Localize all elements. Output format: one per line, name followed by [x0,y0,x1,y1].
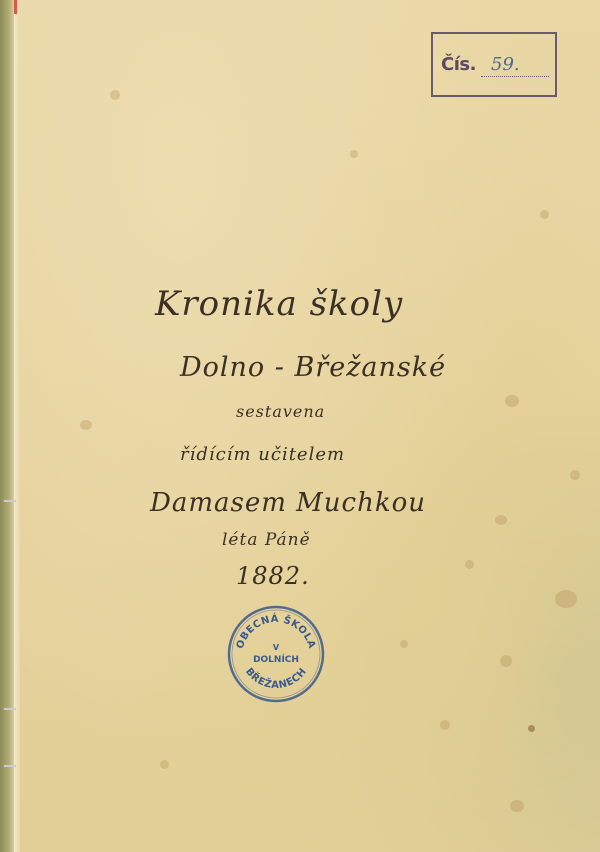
foxing-spot [510,800,524,812]
binding-stitch [4,708,16,710]
foxing-spot [350,150,358,158]
binding-spine [0,0,14,852]
text-line-by-teacher: řídícím učitelem [180,444,345,465]
text-line-year-of-lord: léta Páně [222,530,311,550]
binding-stitch [4,500,16,502]
foxing-spot [465,560,474,569]
red-corner-mark [14,0,17,14]
catalog-number-label: Čís. [441,54,476,75]
title-line-1: Kronika školy [155,284,403,324]
foxing-spot [440,720,450,730]
foxing-spot [400,640,408,648]
foxing-spot [540,210,549,219]
svg-text:BŘEŽANECH: BŘEŽANECH [243,666,309,691]
foxing-spot [555,590,577,608]
stamp-bottom-text: BŘEŽANECH [243,666,309,691]
text-line-author-name: Damasem Muchkou [150,488,426,518]
foxing-spot [110,90,120,100]
text-line-compiled: sestavena [236,402,325,421]
catalog-number-box: Čís. 59. [431,32,557,97]
foxing-spot [495,515,507,525]
foxing-spot [80,420,92,430]
stamp-center-line-2: DOLNÍCH [253,653,299,665]
foxing-spot [160,760,169,769]
binding-stitch [4,765,16,767]
text-line-year: 1882. [236,562,310,590]
dotted-line [481,76,549,77]
binding-edge [14,0,20,852]
foxing-spot [500,655,512,667]
foxing-spot [570,470,580,480]
foxing-spot [528,725,535,732]
school-stamp: OBECNÁ ŠKOLA V DOLNÍCH BŘEŽANECH [226,604,326,704]
catalog-number-value: 59. [491,54,520,75]
title-line-2: Dolno - Břežanské [180,352,446,383]
stamp-center-line-1: V [273,643,280,652]
foxing-spot [505,395,519,407]
document-page: Čís. 59. Kronika školy Dolno - Břežanské… [0,0,600,852]
